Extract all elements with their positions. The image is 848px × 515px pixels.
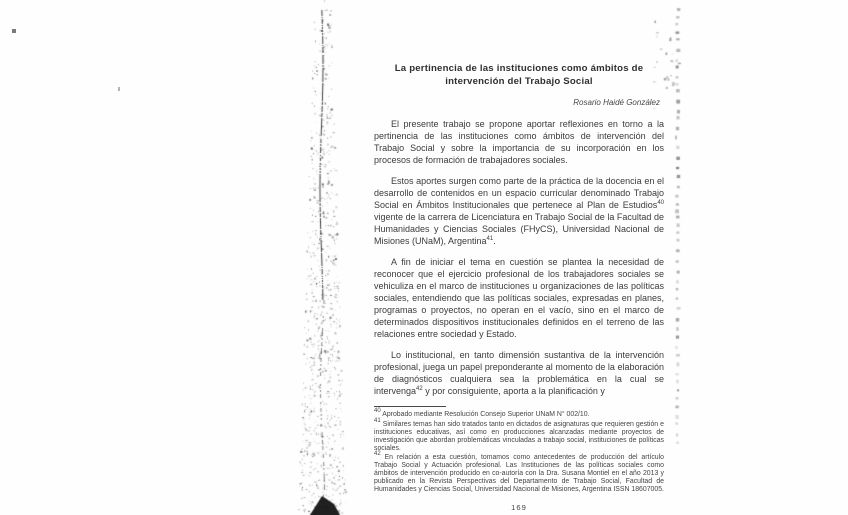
article-author: Rosario Haidé González <box>374 98 660 107</box>
body-paragraph: Lo institucional, en tanto dimensión sus… <box>374 349 664 397</box>
footnote: 41 Similares temas han sido tratados tan… <box>374 421 664 453</box>
footnote: 42 En relación a esta cuestión, tomamos … <box>374 454 664 494</box>
binding-gutter-noise <box>296 0 356 515</box>
body-paragraph: El presente trabajo se propone aportar r… <box>374 118 664 166</box>
page-number: 169 <box>374 503 664 512</box>
footnote-separator <box>374 406 446 407</box>
article-content: La pertinencia de las instituciones como… <box>374 62 664 512</box>
margin-speck <box>118 87 120 91</box>
scanned-book-page: La pertinencia de las instituciones como… <box>0 0 848 515</box>
body-paragraph: Estos aportes surgen como parte de la pr… <box>374 175 664 247</box>
margin-speck <box>12 29 16 33</box>
article-title: La pertinencia de las instituciones como… <box>384 62 654 88</box>
footnote: 40 Aprobado mediante Resolución Consejo … <box>374 411 664 419</box>
body-paragraph: A fin de iniciar el tema en cuestión se … <box>374 256 664 340</box>
article-body: El presente trabajo se propone aportar r… <box>374 118 664 397</box>
footnote-block: 40 Aprobado mediante Resolución Consejo … <box>374 411 664 494</box>
